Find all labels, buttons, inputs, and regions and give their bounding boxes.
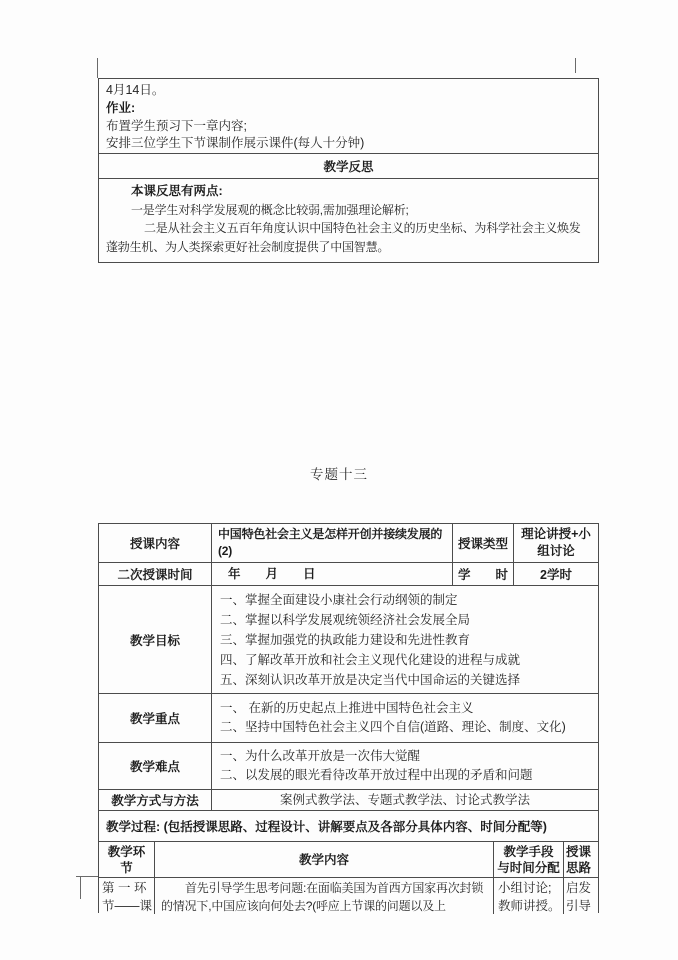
objective-item: 一、掌握全面建设小康社会行动纲领的制定 [220,590,590,610]
content-cell: 首先引导学生思考问题:在面临美国为首西方国家再次封锁的情况下,中国应该向何处去?… [155,878,494,914]
process-note-cell: 教学过程: (包括授课思路、过程设计、讲解要点及各部分具体内容、时间分配等) [99,811,598,841]
crop-mark-top-right [575,58,576,73]
objective-item: 五、深刻认识改革开放是决定当代中国命运的关键选择 [220,670,590,690]
objective-item: 四、了解改革开放和社会主义现代化建设的进程与成就 [220,650,590,670]
means-cell: 小组讨论; 教师讲授。5 [494,878,564,914]
focus-cell: 一、 在新的历史起点上推进中国特色社会主义 二、坚持中国特色社会主义四个自信(道… [212,694,598,742]
table-row: 授课内容 中国特色社会主义是怎样开创并接续发展的 (2) 授课类型 理论讲授+小… [99,524,598,563]
content-header-cell: 教学内容 [155,842,494,877]
document-page: 4月14日。 作业: 布置学生预习下一章内容; 安排三位学生下节课制作展示课件(… [0,0,678,960]
reflection-header-cell: 教学反思 [99,154,598,178]
homework-item: 布置学生预习下一章内容; [106,118,591,136]
hours-label-cell: 学 时 [453,563,514,585]
content-label-cell: 授课内容 [99,524,212,562]
objective-item: 三、掌握加强党的执政能力建设和先进性教育 [220,630,590,650]
process-header-row: 教学环 节 教学内容 教学手段 与时间分配 授课 思路 [99,842,598,878]
lesson-plan-table: 授课内容 中国特色社会主义是怎样开创并接续发展的 (2) 授课类型 理论讲授+小… [98,523,599,913]
table-row: 教学目标 一、掌握全面建设小康社会行动纲领的制定 二、掌握以科学发展观统领经济社… [99,586,598,694]
difficulty-item: 一、为什么改革开放是一次伟大觉醒 [220,747,590,766]
idea-cell: 启发 引导 [564,878,598,914]
methods-label-cell: 教学方式与方法 [99,790,212,810]
table-row: 教学难点 一、为什么改革开放是一次伟大觉醒 二、以发展的眼光看待改革开放过程中出… [99,743,598,790]
homework-notes-cell: 4月14日。 作业: 布置学生预习下一章内容; 安排三位学生下节课制作展示课件(… [99,79,598,153]
previous-lesson-table: 4月14日。 作业: 布置学生预习下一章内容; 安排三位学生下节课制作展示课件(… [98,78,599,263]
reflection-title: 本课反思有两点: [106,182,591,201]
focus-item: 一、 在新的历史起点上推进中国特色社会主义 [220,699,590,718]
stage-header-cell: 教学环 节 [99,842,155,877]
type-label-cell: 授课类型 [453,524,514,562]
table-row: 教学方式与方法 案例式教学法、专题式教学法、讨论式教学法 [99,790,598,811]
stage-cell: 第 一 环 节——课 [99,878,155,914]
time-label-cell: 二次授课时间 [99,563,212,585]
crop-mark-top-left [97,58,98,78]
process-row: 第 一 环 节——课 首先引导学生思考问题:在面临美国为首西方国家再次封锁的情况… [99,878,598,914]
table-row: 二次授课时间 年 月 日 学 时 2学时 [99,563,598,586]
idea-header-cell: 授课 思路 [564,842,598,877]
hours-value-cell: 2学时 [514,563,598,585]
focus-item: 二、坚持中国特色社会主义四个自信(道路、理论、制度、文化) [220,718,590,737]
difficulty-label-cell: 教学难点 [99,743,212,789]
objectives-label-cell: 教学目标 [99,586,212,693]
difficulty-cell: 一、为什么改革开放是一次伟大觉醒 二、以发展的眼光看待改革开放过程中出现的矛盾和… [212,743,598,789]
objective-item: 二、掌握以科学发展观统领经济社会发展全局 [220,610,590,630]
means-header-cell: 教学手段 与时间分配 [494,842,564,877]
focus-label-cell: 教学重点 [99,694,212,742]
homework-label: 作业: [106,100,591,118]
time-value-cell: 年 月 日 [212,563,453,585]
table-row: 教学过程: (包括授课思路、过程设计、讲解要点及各部分具体内容、时间分配等) [99,811,598,842]
methods-value-cell: 案例式教学法、专题式教学法、讨论式教学法 [212,790,598,810]
homework-item: 安排三位学生下节课制作展示课件(每人十分钟) [106,135,591,153]
type-value-cell: 理论讲授+小 组讨论 [514,524,598,562]
crop-mark-bottom-left-vertical [80,876,81,899]
difficulty-item: 二、以发展的眼光看待改革开放过程中出现的矛盾和问题 [220,766,590,785]
objectives-cell: 一、掌握全面建设小康社会行动纲领的制定 二、掌握以科学发展观统领经济社会发展全局… [212,586,598,693]
reflection-point: 一是学生对科学发展观的概念比较弱,需加强理论解析; [106,201,591,220]
table-row: 教学重点 一、 在新的历史起点上推进中国特色社会主义 二、坚持中国特色社会主义四… [99,694,598,743]
reflection-point: 二是从社会主义五百年角度认识中国特色社会主义的历史坐标、为科学社会主义焕发蓬勃生… [106,219,591,256]
content-value-cell: 中国特色社会主义是怎样开创并接续发展的 (2) [212,524,453,562]
reflection-cell: 本课反思有两点: 一是学生对科学发展观的概念比较弱,需加强理论解析; 二是从社会… [99,179,598,262]
section-title: 专题十三 [0,463,678,483]
date-line: 4月14日。 [106,82,591,100]
